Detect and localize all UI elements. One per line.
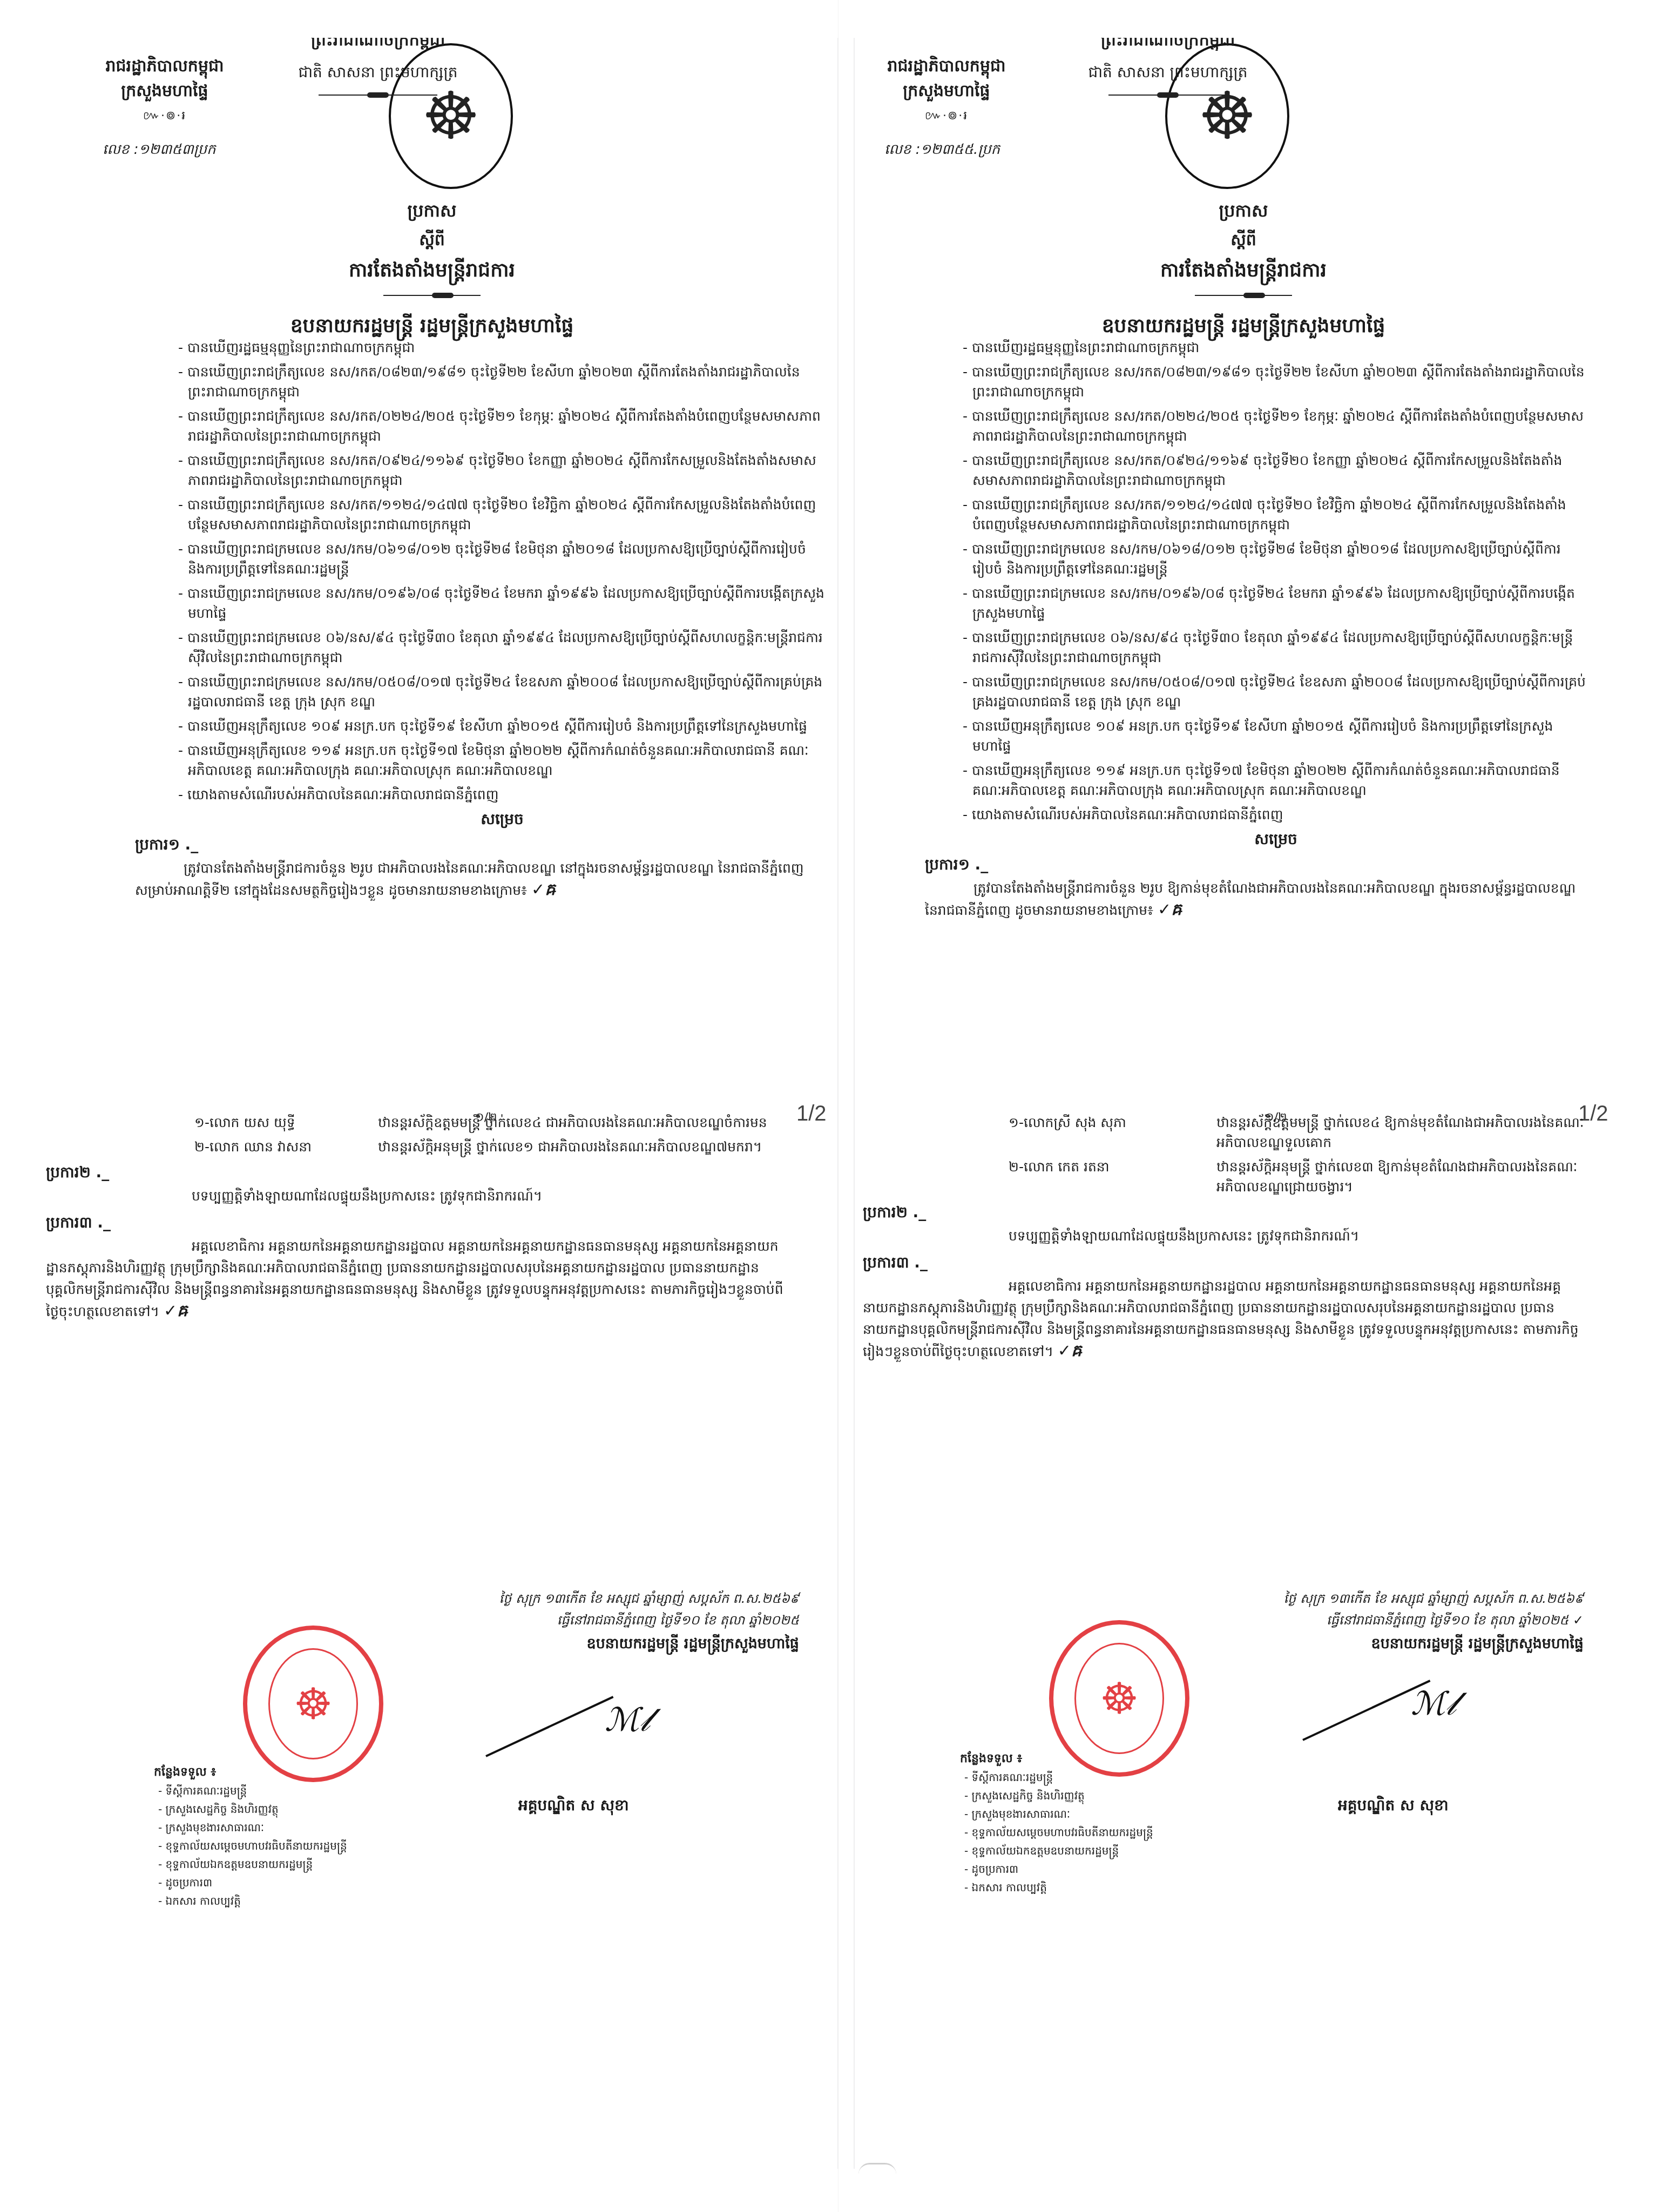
considerations-section: បានឃើញរដ្ឋធម្មនុញ្ញនៃព្រះរាជាណាចក្រកម្ពុ… (963, 338, 1589, 921)
article-1-body: ត្រូវបានតែងតាំងមន្ត្រីរាជការចំនួន ២រូប ឱ… (925, 878, 1589, 921)
recipients-list: ទីស្តីការគណៈរដ្ឋមន្ត្រីក្រសួងសេដ្ឋកិច្ច … (154, 1782, 347, 1910)
consideration-item: បានឃើញព្រះរាជក្រឹត្យលេខ នស/រកត/១១២៤/១៤៧៧… (178, 495, 826, 535)
signature-scrawl: ℳ𝓁 (605, 1701, 650, 1739)
article-3-text: អគ្គលេខាធិការ អគ្គនាយកនៃអគ្គនាយកដ្ឋានរដ្… (863, 1278, 1579, 1359)
considerations-section: បានឃើញរដ្ឋធម្មនុញ្ញនៃព្រះរាជាណាចក្រកម្ពុ… (178, 338, 826, 901)
recipients-block: កន្លែងទទួល ៖ ទីស្តីការគណៈរដ្ឋមន្ត្រីក្រស… (154, 1763, 347, 1910)
signer-name: អគ្គបណ្ឌិត ស សុខា (1338, 1796, 1449, 1818)
issuing-authority: រាជរដ្ឋាភិបាលកម្ពុជា ក្រសួងមហាផ្ទៃ ៚·៙·៛ (94, 54, 235, 129)
article-1-text: ត្រូវបានតែងតាំងមន្ត្រីរាជការចំនួន ២រូប ឱ… (925, 880, 1575, 918)
regarding-label: ស្តីពី (43, 230, 821, 253)
appointee-name: ១-លោក យស យុទ្ធី (148, 1112, 378, 1132)
prakas-label: ប្រកាស (43, 200, 821, 225)
recipients-list: ទីស្តីការគណៈរដ្ឋមន្ត្រីក្រសួងសេដ្ឋកិច្ច … (960, 1768, 1153, 1897)
decision-heading: សម្រេច (178, 809, 826, 829)
recipient-item: ទីស្តីការគណៈរដ្ឋមន្ត្រី (960, 1768, 1153, 1786)
decree-page-1: រាជរដ្ឋាភិបាលកម្ពុជា ក្រសួងមហាផ្ទៃ ៚·៙·៛… (43, 38, 821, 1094)
recipients-heading: កន្លែងទទួល ៖ (960, 1750, 1153, 1768)
article-3-body: អគ្គលេខាធិការ អគ្គនាយកនៃអគ្គនាយកដ្ឋានរដ្… (46, 1236, 791, 1323)
official-seal-icon: ☸ (243, 1626, 383, 1782)
lunar-date: ថ្ងៃ សុក្រ ១៣កើត ខែ អស្សុជ ឆ្នាំម្សាញ់ ស… (389, 1588, 799, 1609)
kingdom-name: ព្រះរាជាណាចក្រកម្ពុជា (243, 38, 513, 51)
appointee-name: ១-លោកស្រី សុង សុភា (965, 1112, 1216, 1152)
consideration-item: បានឃើញព្រះរាជក្រមលេខ នស/រកម/០៦១៨/០១២ ចុះ… (178, 539, 826, 579)
ornament-divider: ៚·៙·៛ (94, 104, 235, 129)
consideration-item: បានឃើញព្រះរាជក្រឹត្យលេខ នស/រកត/០២២៤/២០៥ … (963, 406, 1589, 446)
signer-name: អគ្គបណ្ឌិត ស សុខា (518, 1796, 629, 1818)
recipient-item: ឯកសារ កាលប្បវត្តិ (960, 1878, 1153, 1897)
consideration-item: បានឃើញព្រះរាជក្រឹត្យលេខ នស/រកត/០៨២៣/១៩៨១… (178, 362, 826, 402)
seal-emblem-icon: ☸ (268, 1648, 358, 1759)
article-3-text: អគ្គលេខាធិការ អគ្គនាយកនៃអគ្គនាយកដ្ឋានរដ្… (46, 1238, 783, 1319)
recipient-item: ខុទ្ទកាល័យសម្តេចមហាបវរធិបតីនាយករដ្ឋមន្ត្… (154, 1837, 347, 1855)
decree-subject: ការតែងតាំងមន្ត្រីរាជការ (43, 258, 821, 286)
solar-date: ធ្វើនៅរាជធានីភ្នំពេញ ថ្ងៃទី១០ ខែ តុលា ឆ្… (1195, 1609, 1584, 1631)
recipient-item: ក្រសួងមុខងារសាធារណៈ (960, 1805, 1153, 1823)
article-2-heading: ប្រការ២ ._ (863, 1202, 1586, 1222)
ornament-divider (383, 293, 481, 298)
reference-number: លេខ :១២៣៥៥.ប្រក (884, 140, 1000, 161)
article-2-body: បទប្បញ្ញត្តិទាំងឡាយណាដែលផ្ទុយនឹងប្រកាសនេ… (863, 1225, 1586, 1247)
signature-scrawl: ℳ𝓁 (1411, 1685, 1456, 1723)
article-3-heading: ប្រការ៣ ._ (46, 1212, 791, 1232)
recipient-item: ខុទ្ទកាល័យឯកឧត្តមឧបនាយករដ្ឋមន្ត្រី (960, 1842, 1153, 1860)
decree-page-1: រាជរដ្ឋាភិបាលកម្ពុជា ក្រសួងមហាផ្ទៃ ៚·៙·៛… (855, 38, 1632, 1094)
decree-title: ប្រកាស ស្តីពី ការតែងតាំងមន្ត្រីរាជការ ឧប… (855, 200, 1632, 342)
recipient-item: ក្រសួងសេដ្ឋកិច្ច និងហិរញ្ញវត្ថុ (154, 1800, 347, 1818)
recipient-item: ក្រសួងមុខងារសាធារណៈ (154, 1818, 347, 1837)
kingdom-name: ព្រះរាជាណាចក្រកម្ពុជា (1033, 38, 1303, 51)
appointee-list: ១-លោកស្រី សុង សុភាឋានន្តរស័ក្តិឧត្តមមន្ត… (965, 1112, 1586, 1197)
considerations-list: បានឃើញរដ្ឋធម្មនុញ្ញនៃព្រះរាជាណាចក្រកម្ពុ… (178, 338, 826, 805)
consideration-item: យោងតាមសំណើរបស់អភិបាលនៃគណៈអភិបាលរាជធានីភ្… (178, 785, 826, 805)
consideration-item: បានឃើញព្រះរាជក្រមលេខ ០៦/នស/៩៤ ចុះថ្ងៃទី៣… (963, 628, 1589, 667)
initial-mark-icon: ✓ឝ (531, 880, 555, 899)
consideration-item: បានឃើញអនុក្រឹត្យលេខ ១០៩ អនក្រ.បក ចុះថ្ងៃ… (178, 716, 826, 736)
government-name: រាជរដ្ឋាភិបាលកម្ពុជា (876, 54, 1017, 79)
recipient-item: ដូចប្រការ៣ (960, 1860, 1153, 1878)
kingdom-header: ព្រះរាជាណាចក្រកម្ពុជា ជាតិ សាសនា ព្រះមហា… (1033, 38, 1303, 98)
appointee-list: ១-លោក យស យុទ្ធីឋានន្តរស័ក្តិឧត្តមមន្ត្រី… (148, 1112, 791, 1157)
lunar-date: ថ្ងៃ សុក្រ ១៣កើត ខែ អស្សុជ ឆ្នាំម្សាញ់ ស… (1195, 1588, 1584, 1609)
signature-stroke (485, 1696, 613, 1757)
ornament-divider: ៚·៙·៛ (876, 104, 1017, 129)
decree-title: ប្រកាស ស្តីពី ការតែងតាំងមន្ត្រីរាជការ ឧប… (43, 200, 821, 342)
signature-block: ថ្ងៃ សុក្រ ១៣កើត ខែ អស្សុជ ឆ្នាំម្សាញ់ ស… (1195, 1588, 1584, 1655)
appointee-row: ២-លោក កេត រតនាឋានន្តរស័ក្តិអនុមន្ត្រី ថ្… (965, 1157, 1586, 1197)
article-1-heading: ប្រការ១ ._ (135, 834, 826, 854)
seal-emblem-icon: ☸ (1074, 1643, 1164, 1754)
consideration-item: បានឃើញព្រះរាជក្រឹត្យលេខ នស/រកត/០៨២៣/១៩៨១… (963, 362, 1589, 402)
article-1-text: ត្រូវបានតែងតាំងមន្ត្រីរាជការចំនួន ២រូប ជ… (135, 860, 804, 898)
initial-mark-icon: ✓ឝ (1158, 900, 1181, 919)
consideration-item: បានឃើញព្រះរាជក្រឹត្យលេខ នស/រកត/១១២៤/១៤៧៧… (963, 495, 1589, 535)
article-2-body: បទប្បញ្ញត្តិទាំងឡាយណាដែលផ្ទុយនឹងប្រកាសនេ… (46, 1185, 791, 1207)
regarding-label: ស្តីពី (855, 230, 1632, 253)
article-2-heading: ប្រការ២ ._ (46, 1162, 791, 1182)
solar-date: ធ្វើនៅរាជធានីភ្នំពេញ ថ្ងៃទី១០ ខែ តុលា ឆ្… (389, 1609, 799, 1631)
recipient-item: ខុទ្ទកាល័យឯកឧត្តមឧបនាយករដ្ឋមន្ត្រី (154, 1855, 347, 1873)
decree-document: រាជរដ្ឋាភិបាលកម្ពុជា ក្រសួងមហាផ្ទៃ ៚·៙·៛… (838, 0, 1677, 2212)
article-1-body: ត្រូវបានតែងតាំងមន្ត្រីរាជការចំនួន ២រូប ជ… (135, 858, 826, 901)
appointee-position: ឋានន្តរស័ក្តិអនុមន្ត្រី ថ្នាក់លេខ៣ ឱ្យកា… (1216, 1157, 1586, 1197)
issuing-authority: រាជរដ្ឋាភិបាលកម្ពុជា ក្រសួងមហាផ្ទៃ ៚·៙·៛ (876, 54, 1017, 129)
consideration-item: បានឃើញព្រះរាជក្រមលេខ នស/រកម/០៥០៨/០១៧ ចុះ… (178, 672, 826, 712)
appointee-position: ឋានន្តរស័ក្តិឧត្តមមន្ត្រី ថ្នាក់លេខ៤ ជាអ… (378, 1112, 791, 1132)
recipient-item: ទីស្តីការគណៈរដ្ឋមន្ត្រី (154, 1782, 347, 1800)
consideration-item: បានឃើញអនុក្រឹត្យលេខ ១១៩ អនក្រ.បក ចុះថ្ងៃ… (178, 740, 826, 780)
reference-number: លេខ :១២៣៥៣ប្រក (103, 140, 216, 161)
consideration-item: បានឃើញរដ្ឋធម្មនុញ្ញនៃព្រះរាជាណាចក្រកម្ពុ… (178, 338, 826, 358)
signature-block: ថ្ងៃ សុក្រ ១៣កើត ខែ អស្សុជ ឆ្នាំម្សាញ់ ស… (389, 1588, 799, 1655)
kingdom-header: ព្រះរាជាណាចក្រកម្ពុជា ជាតិ សាសនា ព្រះមហា… (243, 38, 513, 98)
consideration-item: បានឃើញអនុក្រឹត្យលេខ ១០៩ អនក្រ.បក ចុះថ្ងៃ… (963, 716, 1589, 756)
national-motto: ជាតិ សាសនា ព្រះមហាក្សត្រ (243, 63, 513, 85)
appointee-row: ១-លោក យស យុទ្ធីឋានន្តរស័ក្តិឧត្តមមន្ត្រី… (148, 1112, 791, 1132)
consideration-item: បានឃើញព្រះរាជក្រមលេខ នស/រកម/០១៩៦/០៨ ចុះថ… (178, 583, 826, 623)
article-3-body: អគ្គលេខាធិការ អគ្គនាយកនៃអគ្គនាយកដ្ឋានរដ្… (863, 1276, 1586, 1363)
consideration-item: បានឃើញព្រះរាជក្រឹត្យលេខ នស/រកត/០២២៤/២០៥ … (178, 406, 826, 446)
decree-subject: ការតែងតាំងមន្ត្រីរាជការ (855, 258, 1632, 286)
government-name: រាជរដ្ឋាភិបាលកម្ពុជា (94, 54, 235, 79)
decree-page-2: ១-លោកស្រី សុង សុភាឋានន្តរស័ក្តិឧត្តមមន្ត… (965, 1112, 1586, 1363)
consideration-item: បានឃើញអនុក្រឹត្យលេខ ១១៩ អនក្រ.បក ចុះថ្ងៃ… (963, 760, 1589, 800)
decree-page-2: ១-លោក យស យុទ្ធីឋានន្តរស័ក្តិឧត្តមមន្ត្រី… (148, 1112, 791, 1323)
appointee-row: ១-លោកស្រី សុង សុភាឋានន្តរស័ក្តិឧត្តមមន្ត… (965, 1112, 1586, 1152)
article-1-heading: ប្រការ១ ._ (925, 854, 1589, 874)
decree-document: រាជរដ្ឋាភិបាលកម្ពុជា ក្រសួងមហាផ្ទៃ ៚·៙·៛… (0, 0, 838, 2212)
prakas-label: ប្រកាស (855, 200, 1632, 225)
appointee-position: ឋានន្តរស័ក្តិអនុមន្ត្រី ថ្នាក់លេខ១ ជាអភិ… (378, 1137, 791, 1157)
recipient-item: ខុទ្ទកាល័យសម្តេចមហាបវរធិបតីនាយករដ្ឋមន្ត្… (960, 1823, 1153, 1842)
ornament-divider (319, 92, 437, 98)
page-number: 1/2 (796, 1102, 827, 1126)
ministry-name: ក្រសួងមហាផ្ទៃ (94, 79, 235, 104)
appointee-row: ២-លោក ឈាន វាសនាឋានន្តរស័ក្តិអនុមន្ត្រី ថ… (148, 1137, 791, 1157)
consideration-item: បានឃើញរដ្ឋធម្មនុញ្ញនៃព្រះរាជាណាចក្រកម្ពុ… (963, 338, 1589, 358)
signer-title: ឧបនាយករដ្ឋមន្ត្រី រដ្ឋមន្ត្រីក្រសួងមហាផ្… (389, 1633, 799, 1655)
initial-mark-icon: ✓ឝ (1058, 1341, 1081, 1360)
consideration-item: បានឃើញព្រះរាជក្រមលេខ នស/រកម/០១៩៦/០៨ ចុះថ… (963, 583, 1589, 623)
consideration-item: យោងតាមសំណើរបស់អភិបាលនៃគណៈអភិបាលរាជធានីភ្… (963, 805, 1589, 825)
recipients-block: កន្លែងទទួល ៖ ទីស្តីការគណៈរដ្ឋមន្ត្រីក្រស… (960, 1750, 1153, 1897)
initial-mark-icon: ✓ឝ (164, 1301, 187, 1320)
ornament-divider (1108, 92, 1227, 98)
consideration-item: បានឃើញព្រះរាជក្រមលេខ នស/រកម/០៥០៨/០១៧ ចុះ… (963, 672, 1589, 712)
national-motto: ជាតិ សាសនា ព្រះមហាក្សត្រ (1033, 63, 1303, 85)
appointee-name: ២-លោក ឈាន វាសនា (148, 1137, 378, 1157)
recipient-item: ឯកសារ កាលប្បវត្តិ (154, 1892, 347, 1910)
ministry-name: ក្រសួងមហាផ្ទៃ (876, 79, 1017, 104)
article-3-heading: ប្រការ៣ ._ (863, 1252, 1586, 1272)
consideration-item: បានឃើញព្រះរាជក្រមលេខ នស/រកម/០៦១៨/០១២ ចុះ… (963, 539, 1589, 579)
ornament-divider (1195, 293, 1292, 298)
recipient-item: ដូចប្រការ៣ (154, 1873, 347, 1892)
signer-title: ឧបនាយករដ្ឋមន្ត្រី រដ្ឋមន្ត្រីក្រសួងមហាផ្… (1195, 1633, 1584, 1655)
appointee-name: ២-លោក កេត រតនា (965, 1157, 1216, 1197)
considerations-list: បានឃើញរដ្ឋធម្មនុញ្ញនៃព្រះរាជាណាចក្រកម្ពុ… (963, 338, 1589, 825)
recipient-item: ក្រសួងសេដ្ឋកិច្ច និងហិរញ្ញវត្ថុ (960, 1786, 1153, 1805)
consideration-item: បានឃើញព្រះរាជក្រឹត្យលេខ នស/រកត/០៩២៤/១១៦៩… (178, 450, 826, 490)
consideration-item: បានឃើញព្រះរាជក្រមលេខ ០៦/នស/៩៤ ចុះថ្ងៃទី៣… (178, 628, 826, 667)
appointee-position: ឋានន្តរស័ក្តិឧត្តមមន្ត្រី ថ្នាក់លេខ៤ ឱ្យ… (1216, 1112, 1586, 1152)
recipients-heading: កន្លែងទទួល ៖ (154, 1763, 347, 1782)
decision-heading: សម្រេច (963, 829, 1589, 849)
consideration-item: បានឃើញព្រះរាជក្រឹត្យលេខ នស/រកត/០៩២៤/១១៦៩… (963, 450, 1589, 490)
